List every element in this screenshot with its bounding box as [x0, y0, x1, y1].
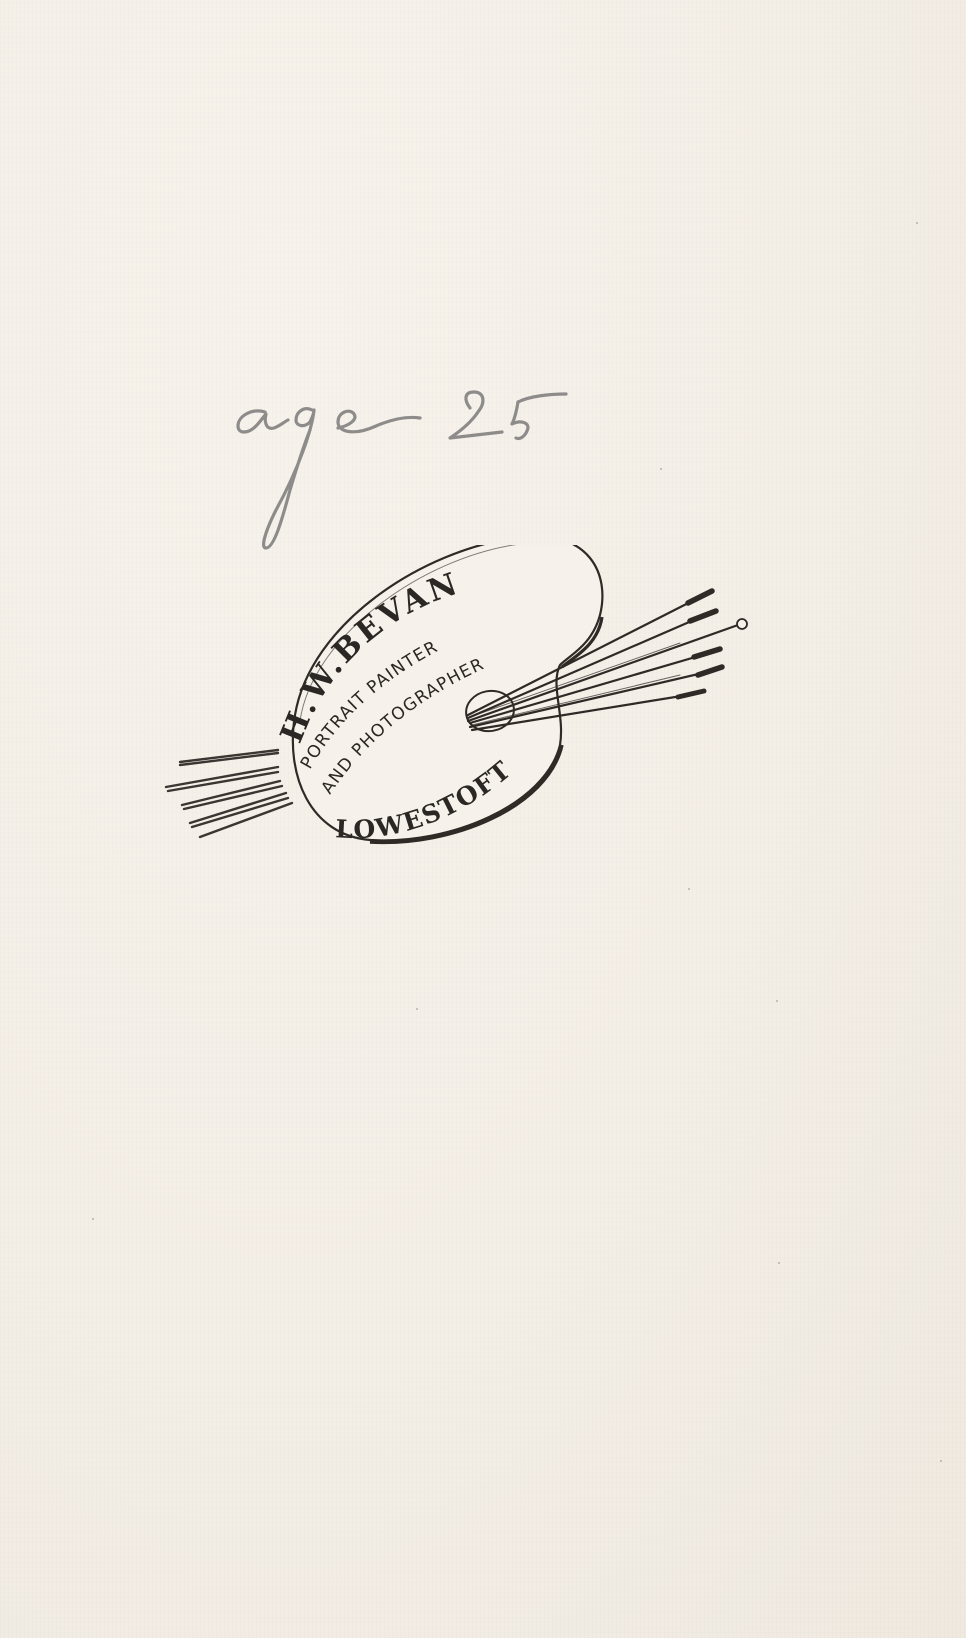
pencil-inscription: age 25: [230, 380, 570, 570]
paper-speck: [688, 888, 690, 890]
paper-speck: [416, 1008, 418, 1010]
paper-speck: [940, 1460, 942, 1462]
paper-speck: [92, 1218, 94, 1220]
paper-speck: [778, 1262, 780, 1264]
photographer-stamp: H.W.BEVAN PORTRAIT PAINTER AND PHOTOGRAP…: [160, 545, 780, 875]
paper-speck: [776, 1000, 778, 1002]
paper-speck: [916, 222, 918, 224]
paper-speck: [660, 468, 662, 470]
left-brushes-icon: [166, 750, 292, 837]
card-back: age 25: [0, 0, 966, 1638]
